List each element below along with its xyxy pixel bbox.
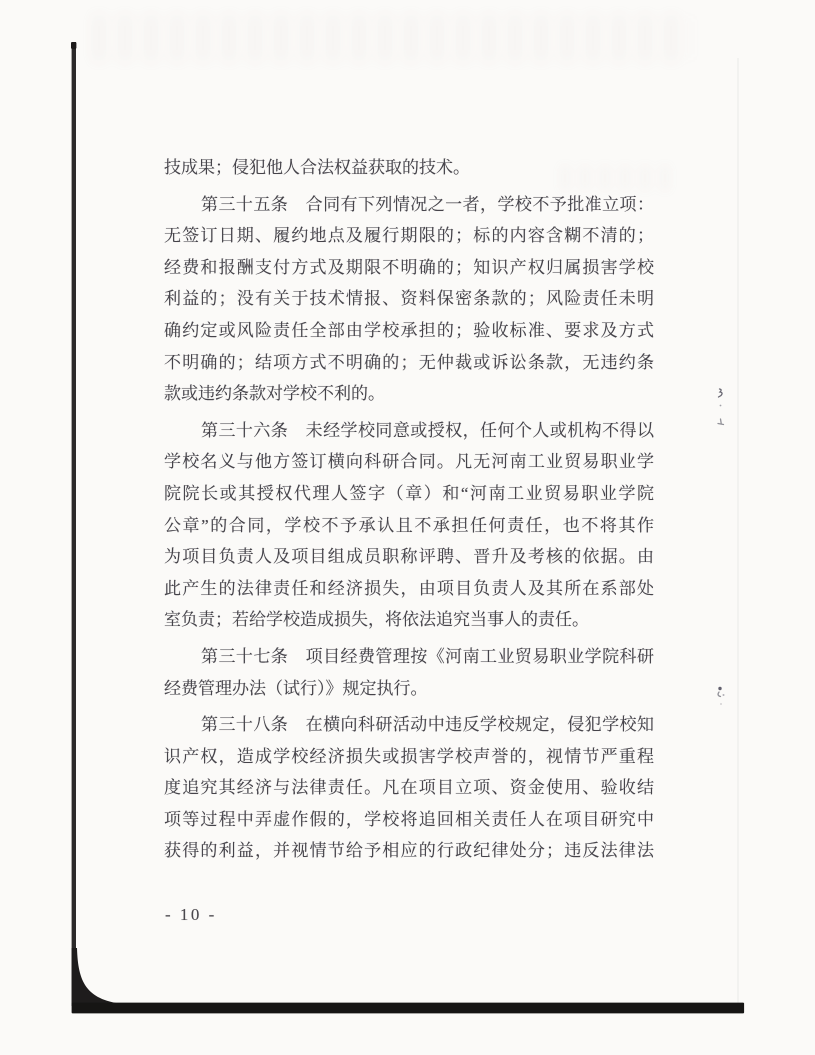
article-start-line: 第三十七条 项目经费管理按《河南工业贸易职业学院科研 [164,641,654,673]
text-line: 识产权，造成学校经济损失或损害学校声誉的，视情节严重程 [164,741,654,773]
text-line: 公章”的合同，学校不予承认且不承担任何责任，也不将其作 [164,510,654,542]
paper-seam-line [737,58,738,1003]
article-start-line: 第三十五条 合同有下列情况之一者，学校不予批准立项： [164,189,654,221]
text-line: 项等过程中弄虚作假的，学校将追回相关责任人在项目研究中 [164,804,654,836]
scan-spine-line [72,42,76,1006]
text-line: 无签订日期、履约地点及履行期限的；标的内容含糊不清的； [164,220,654,252]
article-start-line: 第三十八条 在横向科研活动中违反学校规定，侵犯学校知 [164,709,654,741]
page-number: - 10 - [165,905,217,925]
text-line: 经费和报酬支付方式及期限不明确的；知识产权归属损害学校 [164,252,654,284]
text-line: 学校名义与他方签订横向科研合同。凡无河南工业贸易职业学 [164,446,654,478]
ink-speck-icon [723,694,725,696]
ink-speck-icon [720,405,722,407]
text-line: 为项目负责人及项目组成员职称评聘、晋升及考核的依据。由 [164,541,654,573]
ink-speck-group [718,389,725,705]
scanned-page: 技成果；侵犯他人合法权益获取的技术。第三十五条 合同有下列情况之一者，学校不予批… [0,0,815,1055]
scan-bottom-band [72,1003,745,1014]
ink-speck-icon [718,692,720,697]
text-line: 技成果；侵犯他人合法权益获取的技术。 [164,152,654,184]
text-line: 度追究其经济与法律责任。凡在项目立项、资金使用、验收结 [164,772,654,804]
scan-spine-cap [71,42,76,49]
text-line: 此产生的法律责任和经济损失，由项目负责人及其所在系部处 [164,573,654,605]
text-line: 款或违约条款对学校不利的。 [164,378,654,410]
ink-speck-icon [718,419,724,425]
text-line: 获得的利益，并视情节给予相应的行政纪律处分；违反法律法 [164,835,654,867]
text-line: 确约定或风险责任全部由学校承担的；验收标准、要求及方式 [164,315,654,347]
text-line: 院院长或其授权代理人签字（章）和“河南工业贸易职业学院 [164,478,654,510]
ink-speck-icon [719,389,723,397]
text-line: 不明确的；结项方式不明确的；无仲裁或诉讼条款，无违约条 [164,347,654,379]
ink-speck-icon [720,703,722,705]
scan-corner [72,948,140,1006]
text-line: 利益的；没有关于技术情报、资料保密条款的；风险责任未明 [164,283,654,315]
text-line: 经费管理办法（试行）》规定执行。 [164,673,654,705]
document-body: 技成果；侵犯他人合法权益获取的技术。第三十五条 合同有下列情况之一者，学校不予批… [164,152,654,867]
article-start-line: 第三十六条 未经学校同意或授权，任何个人或机构不得以 [164,415,654,447]
text-line: 室负责；若给学校造成损失，将依法追究当事人的责任。 [164,604,654,636]
ink-speck-icon [718,687,721,690]
